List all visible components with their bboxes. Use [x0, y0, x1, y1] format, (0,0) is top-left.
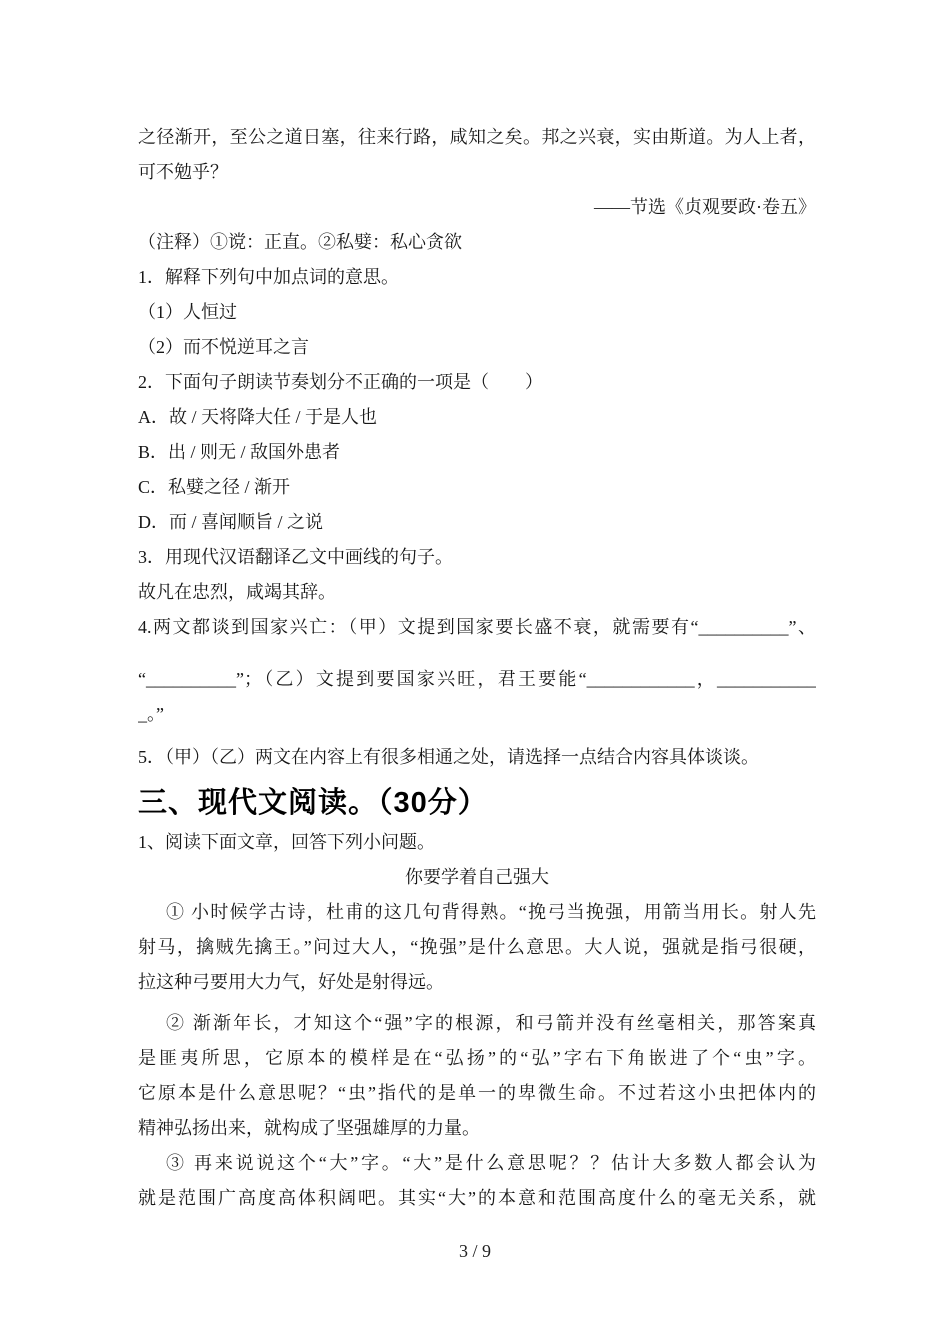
passage-line-2: 可不勉乎？ [138, 155, 816, 190]
para1-line-3: 拉这种弓要用大力气，好处是射得远。 [138, 965, 816, 1000]
q1-item-2: （2）而不悦逆耳之言 [138, 330, 816, 365]
q1-item1-dotted-char: 过 [219, 295, 237, 330]
q4-line-1: 4.两文都谈到国家兴亡：（甲）文提到国家要长盛不衰，就需要有“_________… [138, 610, 816, 645]
passage-note: （注释）①谠：正直。②私嬖：私心贪欲 [138, 225, 816, 260]
para1-line-1: ① 小时候学古诗，杜甫的这几句背得熟。“挽弓当挽强，用箭当用长。射人先 [138, 895, 816, 930]
para3-line-1: ③ 再来说说这个“大”字。“大”是什么意思呢？？估计大多数人都会认为 [138, 1146, 816, 1181]
page-content: 之径渐开，至公之道日塞，往来行路，咸知之矣。邦之兴衰，实由斯道。为人上者， 可不… [138, 120, 816, 1216]
q4-line-3: _。” [138, 697, 816, 732]
q1-item1-text: （1）人恒 [138, 302, 219, 322]
q1-stem: 1．解释下列句中加点词的意思。 [138, 260, 816, 295]
para2-line-1: ② 渐渐年长，才知这个“强”字的根源，和弓箭并没有丝毫相关，那答案真 [138, 1006, 816, 1041]
para1-line-2: 射马，擒贼先擒王。”问过大人，“挽强”是什么意思。大人说，强就是指弓很硬， [138, 930, 816, 965]
q2-stem: 2．下面句子朗读节奏划分不正确的一项是（ ） [138, 365, 816, 400]
para3-line-2: 就是范围广高度高体积阔吧。其实“大”的本意和范围高度什么的毫无关系，就 [138, 1181, 816, 1216]
q2-option-d: D．而 / 喜闻顺旨 / 之说 [138, 505, 816, 540]
q1-item2-dotted-char: 而 [183, 330, 201, 365]
para2-line-2: 是匪夷所思，它原本的模样是在“弘扬”的“弘”字右下角嵌进了个“虫”字。 [138, 1041, 816, 1076]
q3-sentence: 故凡在忠烈，咸竭其辞。 [138, 575, 816, 610]
article-title: 你要学着自己强大 [138, 860, 816, 895]
section-heading-modern-reading: 三、现代文阅读。（30分） [138, 781, 816, 825]
q1-item-1: （1）人恒过 [138, 295, 816, 330]
q1-item2-rest: 不悦逆耳之言 [201, 337, 309, 357]
q4-line-2: “__________”；（乙）文提到要国家兴旺，君王要能“__________… [138, 662, 816, 697]
page-number: 3 / 9 [0, 1238, 950, 1264]
q1-item2-text: （2） [138, 337, 183, 357]
q2-option-a: A．故 / 天将降大任 / 于是人也 [138, 400, 816, 435]
para2-line-3: 它原本是什么意思呢？“虫”指代的是单一的卑微生命。不过若这小虫把体内的 [138, 1076, 816, 1111]
q3-stem: 3．用现代汉语翻译乙文中画线的句子。 [138, 540, 816, 575]
exam-page: 之径渐开，至公之道日塞，往来行路，咸知之矣。邦之兴衰，实由斯道。为人上者， 可不… [0, 0, 950, 1344]
passage-source: ——节选《贞观要政·卷五》 [138, 190, 816, 225]
q2-option-c: C．私嬖之径 / 渐开 [138, 470, 816, 505]
para2-line-4: 精神弘扬出来，就构成了坚强雄厚的力量。 [138, 1111, 816, 1146]
passage-line-1: 之径渐开，至公之道日塞，往来行路，咸知之矣。邦之兴衰，实由斯道。为人上者， [138, 120, 816, 155]
q5-stem: 5．（甲）（乙）两文在内容上有很多相通之处，请选择一点结合内容具体谈谈。 [138, 740, 816, 775]
q2-option-b: B．出 / 则无 / 敌国外患者 [138, 435, 816, 470]
modern-intro: 1、阅读下面文章，回答下列小问题。 [138, 825, 816, 860]
